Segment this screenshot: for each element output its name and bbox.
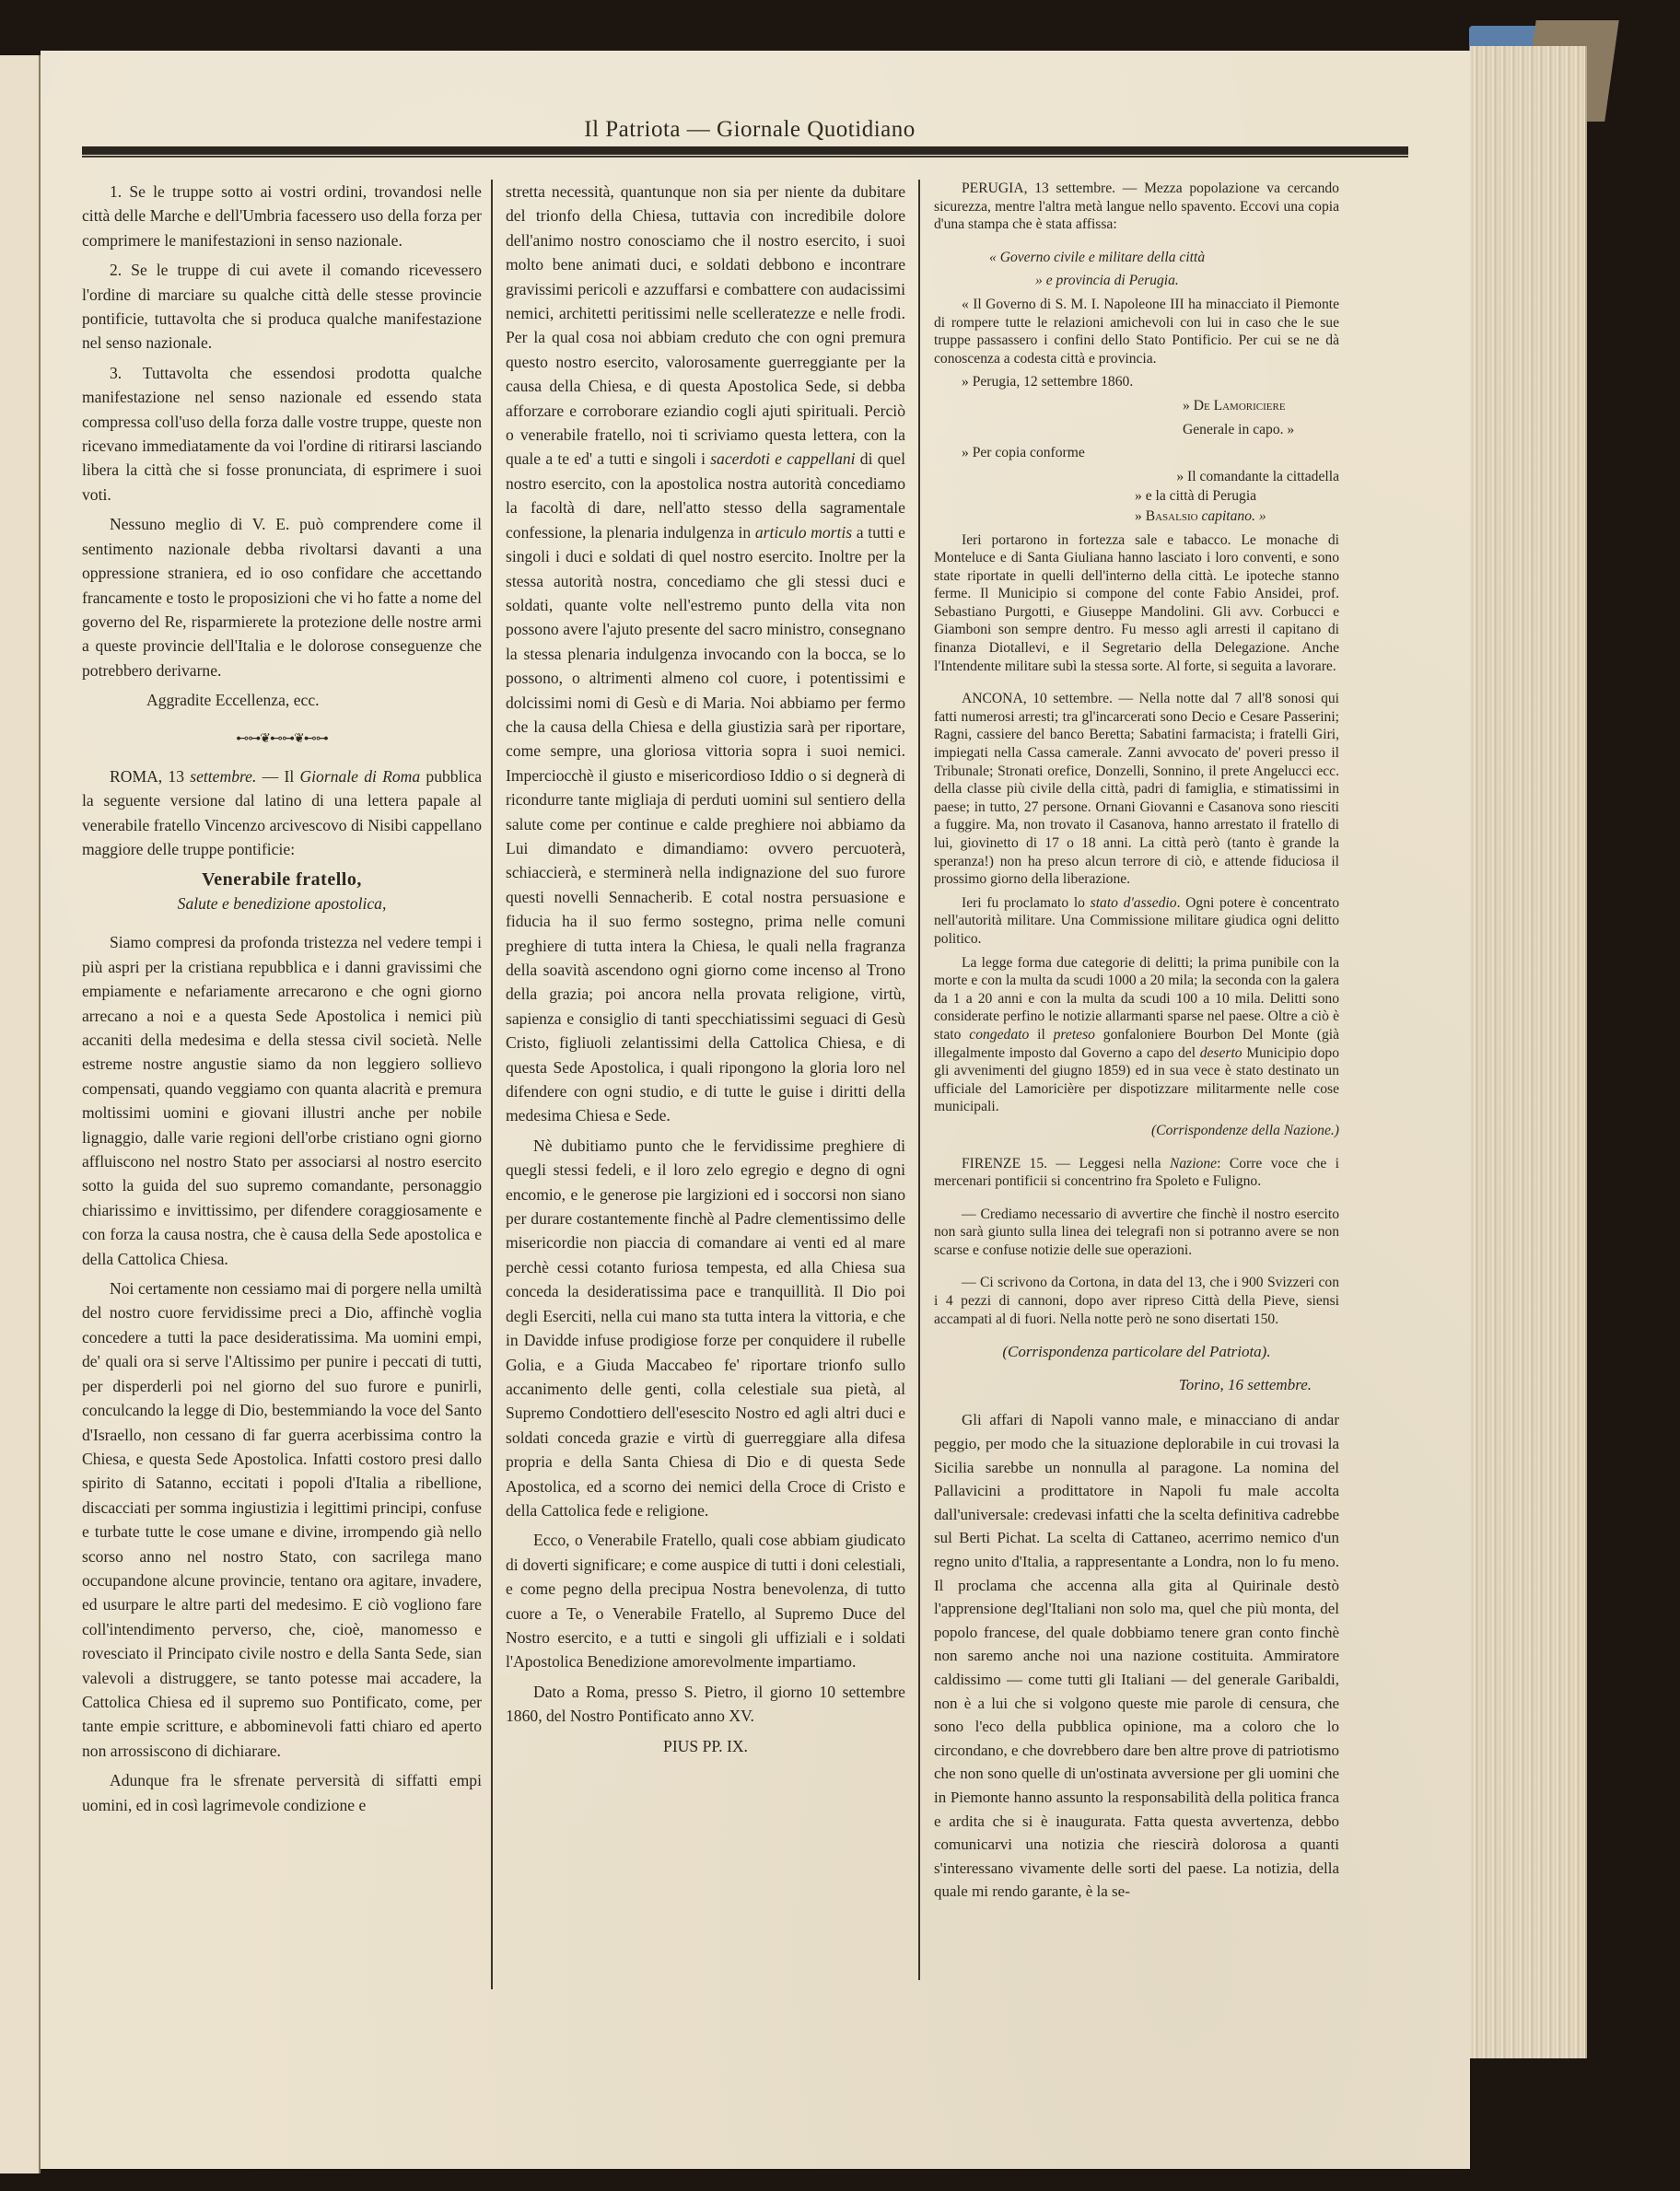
masthead-title: Il Patriota — Giornale Quotidiano — [87, 117, 1413, 143]
ornament-divider: ⊷⊶❦⊷⊶❦⊷⊶ — [82, 728, 482, 752]
newspaper-page: Il Patriota — Giornale Quotidiano 1. Se … — [41, 51, 1470, 2169]
article-paragraph: — Ci scrivono da Cortona, in data del 13… — [934, 1274, 1339, 1328]
article-paragraph: Ecco, o Venerabile Fratello, quali cose … — [506, 1528, 905, 1673]
article-paragraph: Noi certamente non cessiamo mai di porge… — [82, 1276, 482, 1763]
article-paragraph: Ieri fu proclamato lo stato d'assedio. O… — [934, 894, 1339, 949]
notice-title-line: » e provincia di Perugia. — [1035, 273, 1179, 288]
letter-closing: Aggradite Eccellenza, ecc. — [82, 688, 482, 712]
roma-dispatch: ROMA, 13 settembre. — Il Giornale di Rom… — [82, 764, 482, 862]
letter-text: stretta necessità, quantunque non sia pe… — [506, 182, 905, 468]
notice-title: « Governo civile e militare della città — [934, 249, 1339, 267]
dispatch-text: — Nella notte dal 7 all'8 sonosi qui fat… — [934, 691, 1339, 887]
correspondence-header: (Corrispondenza particolare del Patriota… — [934, 1343, 1339, 1361]
column-divider — [918, 180, 920, 1980]
dateline-city: ROMA, 13 — [110, 767, 184, 786]
signer-title: capitano. » — [1201, 508, 1266, 524]
credit-text: (Corrispondenze della Nazione.) — [1151, 1123, 1339, 1138]
papal-signature: PIUS PP. IX. — [506, 1734, 905, 1758]
italic-phrase: congedato — [969, 1027, 1029, 1043]
dateline: PERUGIA, 13 settembre. — [962, 181, 1115, 196]
column-1: 1. Se le truppe sotto ai vostri ordini, … — [82, 180, 482, 1823]
text: — Leggesi nella — [1047, 1156, 1170, 1171]
signer-name: » De Lamoriciere — [1183, 398, 1286, 414]
article-paragraph: 3. Tuttavolta che essendosi prodotta qua… — [82, 361, 482, 507]
ancona-dispatch: ANCONA, 10 settembre. — Nella notte dal … — [934, 690, 1339, 889]
article-paragraph: Gli affari di Napoli vanno male, e minac… — [934, 1408, 1339, 1903]
firenze-dispatch: FIRENZE 15. — Leggesi nella Nazione: Cor… — [934, 1155, 1339, 1191]
copy-signer: » e la città di Perugia — [934, 487, 1339, 506]
signer-name: » Basalsio — [1135, 508, 1198, 524]
article-paragraph: Adunque fra le sfrenate perversità di si… — [82, 1768, 482, 1817]
torino-dateline: Torino, 16 settembre. — [934, 1376, 1339, 1394]
dateline-date: settembre. — [190, 767, 256, 786]
article-paragraph: Nè dubitiamo punto che le fervidissime p… — [506, 1134, 905, 1523]
article-paragraph: Nessuno meglio di V. E. può comprendere … — [82, 512, 482, 682]
copy-signer: » Il comandante la cittadella — [934, 468, 1339, 486]
notice-body: « Il Governo di S. M. I. Napoleone III h… — [934, 296, 1339, 367]
column-3: PERUGIA, 13 settembre. — Mezza popolazio… — [934, 180, 1339, 1909]
text: Ieri fu proclamato lo — [962, 895, 1091, 911]
italic-phrase: deserto — [1200, 1045, 1242, 1061]
copy-conform: » Per copia conforme — [934, 444, 1339, 462]
article-paragraph: stretta necessità, quantunque non sia pe… — [506, 180, 905, 1128]
newspaper-name: Giornale di Roma — [299, 767, 420, 786]
dispatch-text: — Il — [256, 767, 299, 786]
letter-blessing: Salute e benedizione apostolica, — [82, 892, 482, 915]
masthead-rule-thin — [82, 156, 1408, 157]
notice-title-line: « Governo civile e militare della città — [989, 250, 1205, 265]
notice-signer: » De Lamoriciere — [934, 397, 1339, 415]
article-paragraph: Ieri portarono in fortezza sale e tabacc… — [934, 531, 1339, 676]
letter-salutation: Venerabile fratello, — [82, 868, 482, 892]
italic-phrase: stato d'assedio — [1091, 895, 1177, 911]
notice-title: » e provincia di Perugia. — [934, 272, 1339, 290]
italic-phrase: preteso — [1054, 1027, 1095, 1043]
article-paragraph: 1. Se le truppe sotto ai vostri ordini, … — [82, 180, 482, 252]
italic-phrase: sacerdoti e cappellani — [710, 449, 855, 468]
notice-date: » Perugia, 12 settembre 1860. — [934, 373, 1339, 391]
copy-signer: » Basalsio capitano. » — [934, 507, 1339, 526]
dateline-text: Torino, 16 settembre. — [1179, 1376, 1312, 1393]
article-paragraph: La legge forma due categorie di delitti;… — [934, 954, 1339, 1116]
article-paragraph: — Crediamo necessario di avvertire che f… — [934, 1206, 1339, 1260]
dateline: FIRENZE 15. — [962, 1156, 1047, 1171]
dateline: ANCONA, 10 settembre. — [962, 691, 1113, 706]
source-credit: (Corrispondenze della Nazione.) — [934, 1122, 1339, 1140]
column-divider — [491, 180, 493, 1989]
masthead-rule — [82, 146, 1408, 155]
article-paragraph: Siamo compresi da profonda tristezza nel… — [82, 930, 482, 1271]
page-stack-edge — [1470, 46, 1587, 2058]
letter-date: Dato a Roma, presso S. Pietro, il giorno… — [506, 1680, 905, 1729]
text: il — [1029, 1027, 1053, 1043]
corr-header-text: (Corrispondenza particolare del Patriota… — [1002, 1343, 1270, 1360]
notice-signer-title: Generale in capo. » — [934, 421, 1339, 439]
facing-page-edge — [0, 55, 41, 2174]
column-2: stretta necessità, quantunque non sia pe… — [506, 180, 905, 1764]
newspaper-name: Nazione — [1170, 1156, 1217, 1171]
italic-phrase: articulo mortis — [755, 523, 852, 542]
perugia-dispatch: PERUGIA, 13 settembre. — Mezza popolazio… — [934, 180, 1339, 234]
article-paragraph: 2. Se le truppe di cui avete il comando … — [82, 258, 482, 355]
letter-text: a tutti e singoli i duci e soldati di qu… — [506, 523, 905, 1125]
